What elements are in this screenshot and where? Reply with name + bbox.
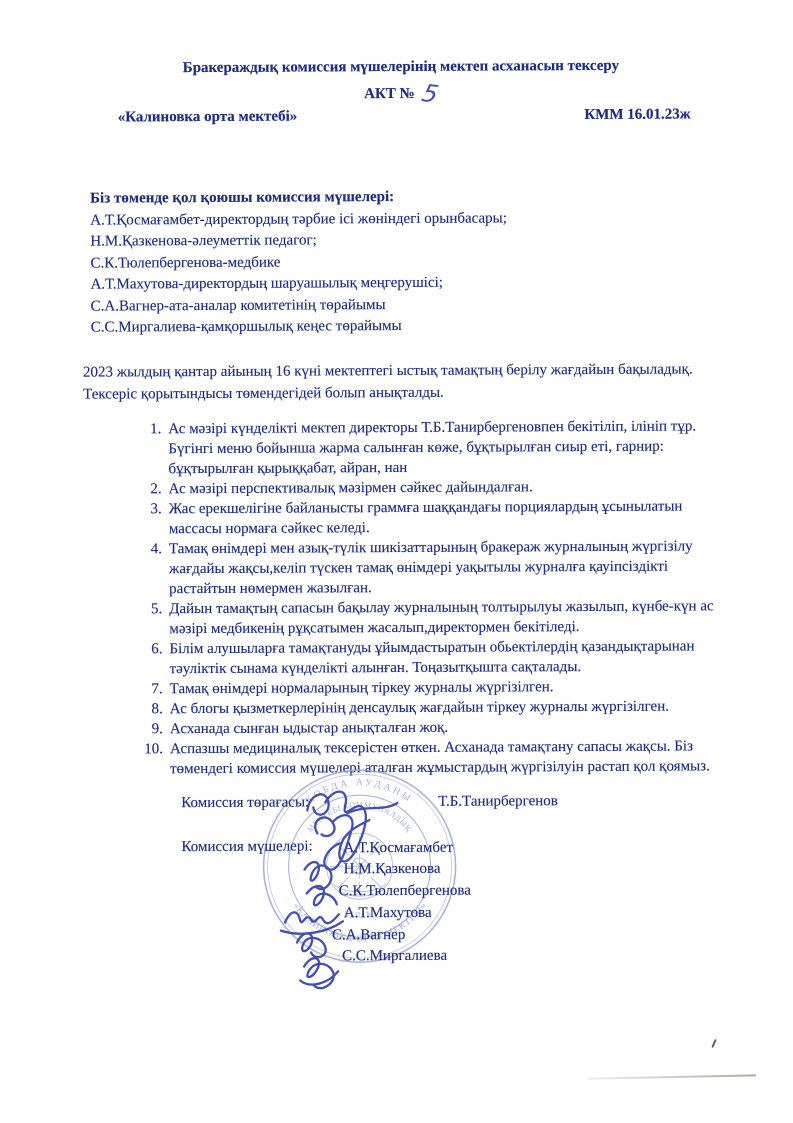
signature-name: С.А.Вагнер (332, 924, 471, 947)
commission-member-line: С.С.Миргалиева-қамқоршылық кеңес төрайым… (91, 314, 732, 339)
signature-scribble-member (305, 861, 332, 888)
org-code-date: КММ 16.01.23ж (584, 106, 690, 124)
finding-item: 4. Тамақ өнімдері мен азық-түлік шикізат… (140, 535, 793, 598)
finding-number: 2. (140, 479, 162, 499)
signature-name: С.К.Тюлепбергенова (339, 881, 471, 903)
finding-number: 8. (141, 699, 163, 719)
stamp-arc-text-inner-top: МЕКТЕБІ КОММУНАЛДЫҚ (305, 799, 413, 833)
chairman-label: Комиссия төрағасы: (181, 794, 309, 812)
finding-number: 6. (140, 639, 162, 679)
finding-text: Дайын тамақтың сапасын бақылау журналыны… (169, 596, 721, 639)
finding-number: 10. (141, 739, 163, 779)
finding-text: Ас мәзірі күнделікті мектеп директоры Т.… (168, 416, 720, 479)
signature-scribble-chairman-tail (347, 802, 397, 812)
finding-number: 5. (140, 599, 162, 639)
finding-number: 1. (139, 419, 161, 479)
signature-scribble-member (300, 958, 338, 988)
commission-block: Біз төменде қол қоюшы комиссия мүшелері:… (90, 185, 732, 339)
finding-item: 5. Дайын тамақтың сапасын бақылау журнал… (140, 595, 793, 638)
school-name: «Калиновка орта мектебі» (118, 109, 298, 127)
finding-number: 4. (140, 539, 162, 599)
document-title: Бракераждық комиссия мүшелерінің мектеп … (11, 56, 790, 79)
signature-text-layer: Комиссия төрағасы: Т.Б.Танирбергенов Ком… (1, 789, 793, 793)
document-header: Бракераждық комиссия мүшелерінің мектеп … (0, 56, 791, 127)
stamp-arc-text-top: ҚОБДА АУДАНЫ (304, 777, 415, 805)
signature-name: С.С.Миргалиева (342, 946, 471, 968)
finding-item: 1. Ас мәзірі күнделікті мектеп директоры… (139, 415, 792, 478)
finding-item: 6. Білім алушыларға тамақтануды ұйымдаст… (140, 635, 793, 678)
findings-list: 1. Ас мәзірі күнделікті мектеп директоры… (139, 415, 793, 778)
signature-name: Н.М.Қазкенова (344, 859, 471, 881)
intro-paragraph: 2023 жылдың қантар айының 16 күні мектеп… (83, 358, 714, 406)
signature-scribble-member (307, 885, 337, 904)
document-sheet: Бракераждық комиссия мүшелерінің мектеп … (0, 0, 793, 1123)
finding-number: 7. (141, 679, 163, 699)
signature-name: А.Т.Махутова (344, 903, 471, 925)
finding-item: 3. Жас ерекшелігіне байланысты граммға ш… (140, 495, 793, 538)
school-date-row: «Калиновка орта мектебі» КММ 16.01.23ж (118, 106, 691, 126)
chairman-name: Т.Б.Танирбергенов (438, 793, 558, 811)
signature-section: ҚОБДА АУДАНЫ «КАЛИНОВКА ОРТА МЕКТЕБІ» МЕ… (1, 789, 793, 1023)
signature-name: А.Т.Қосмағамбет (343, 837, 470, 859)
finding-number: 3. (140, 499, 162, 539)
finding-text: Тамақ өнімдері мен азық-түлік шикізаттар… (169, 536, 721, 599)
scanned-document-page: Бракераждық комиссия мүшелерінің мектеп … (0, 0, 793, 1123)
act-label: АКТ № (364, 86, 415, 102)
signature-scribble-member (297, 933, 326, 957)
members-label: Комиссия мүшелері: (181, 838, 312, 856)
finding-number: 9. (141, 719, 163, 739)
finding-text: Жас ерекшелігіне байланысты граммға шаққ… (169, 496, 721, 539)
handwritten-act-number: 5 (419, 79, 441, 108)
finding-text: Білім алушыларға тамақтануды ұйымдастыра… (169, 636, 721, 679)
svg-text:ҚОБДА АУДАНЫ: ҚОБДА АУДАНЫ (304, 777, 415, 805)
svg-text:МЕКТЕБІ КОММУНАЛДЫҚ: МЕКТЕБІ КОММУНАЛДЫҚ (305, 799, 413, 833)
member-names-column: А.Т.Қосмағамбет Н.М.Қазкенова С.К.Тюлепб… (343, 837, 471, 968)
act-number-line: АКТ №5 (11, 78, 790, 108)
finding-text: Аспазшы медициналық тексерістен өткен. А… (170, 736, 722, 779)
finding-item: 10. Аспазшы медициналық тексерістен өтке… (141, 735, 793, 778)
